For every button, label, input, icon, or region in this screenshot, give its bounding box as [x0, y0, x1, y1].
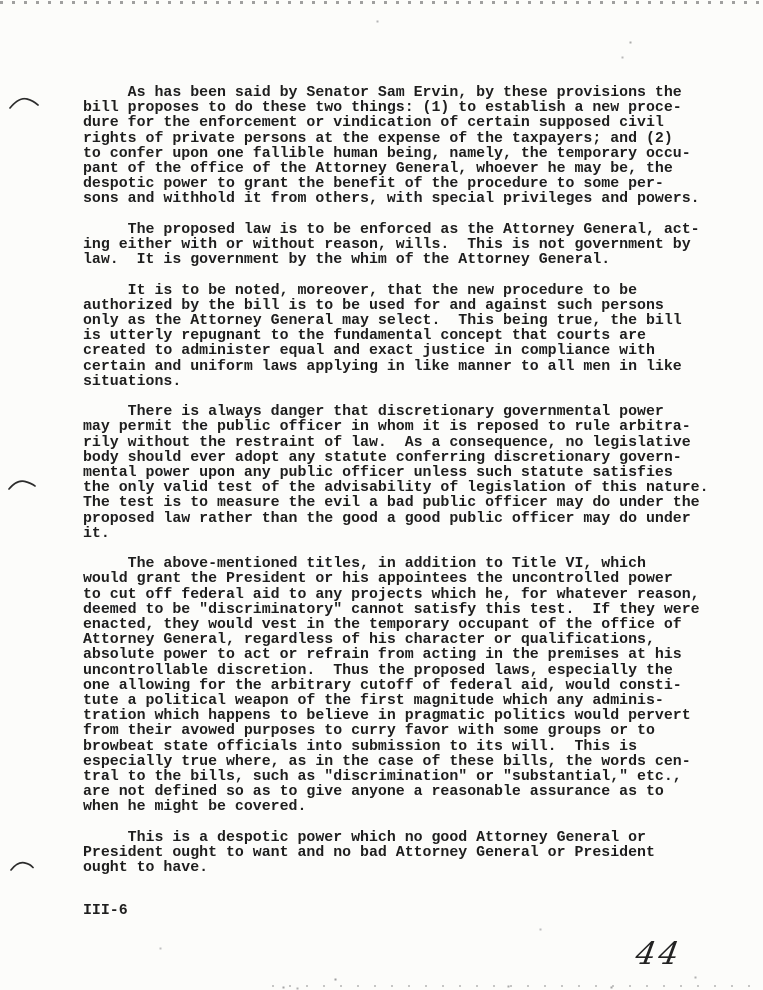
handwritten-page-number: 44 — [633, 936, 685, 972]
section-page-label: III-6 — [83, 903, 128, 919]
margin-arc-mark-2 — [8, 478, 36, 491]
paragraph-2: The proposed law is to be enforced as th… — [83, 223, 709, 269]
margin-arc-mark-3 — [10, 860, 34, 872]
perforation-dots-top — [0, 1, 763, 4]
paragraph-1: As has been said by Senator Sam Ervin, b… — [83, 86, 709, 208]
paragraph-5: The above-mentioned titles, in addition … — [83, 557, 709, 815]
scan-noise-specks — [0, 0, 1, 1]
paragraph-3: It is to be noted, moreover, that the ne… — [83, 284, 709, 390]
paragraph-6: This is a despotic power which no good A… — [83, 831, 709, 877]
paragraph-4: There is always danger that discretionar… — [83, 405, 709, 542]
document-page: As has been said by Senator Sam Ervin, b… — [0, 0, 763, 990]
perforation-dots-bottom — [272, 985, 763, 987]
document-body: As has been said by Senator Sam Ervin, b… — [83, 86, 709, 876]
margin-arc-mark-1 — [9, 96, 39, 110]
